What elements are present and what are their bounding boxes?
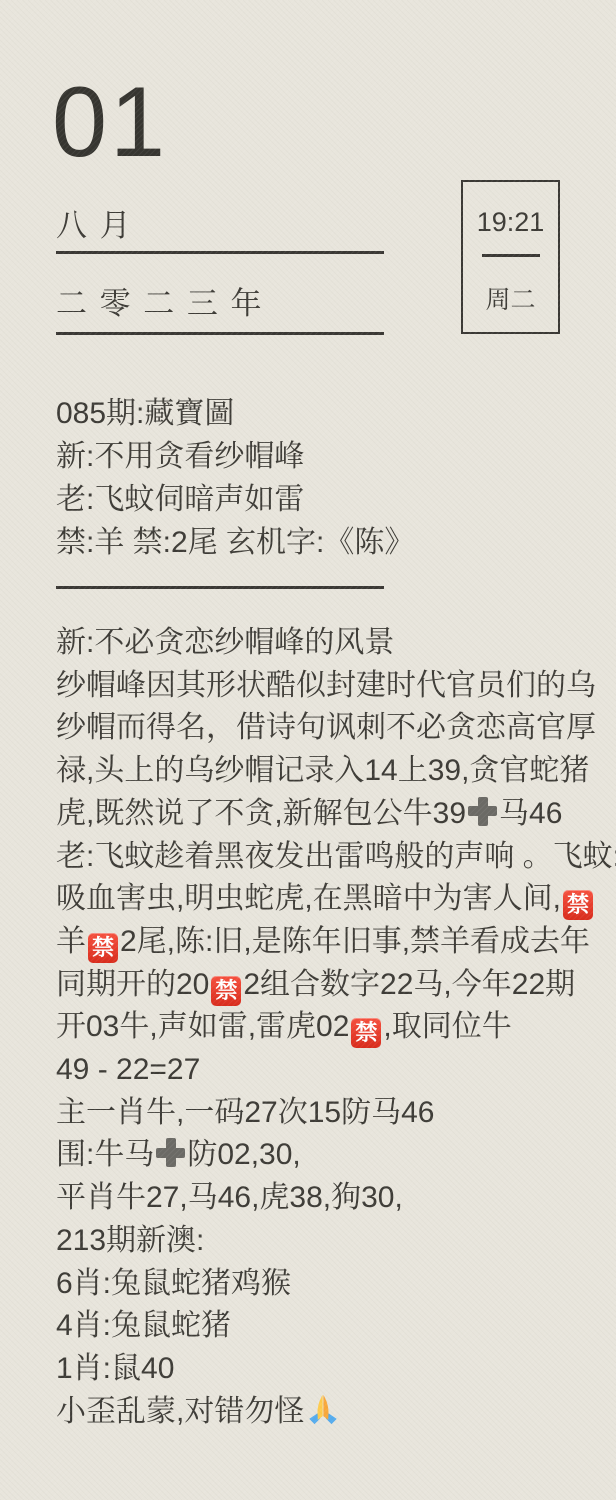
jin-prohibited-icon: 禁 [351,1018,381,1048]
divider [56,332,384,335]
text-line: 纱帽而得名，借诗句讽刺不必贪恋高官厚 [56,707,612,750]
tip-header: 085期:藏寶圖新:不用贪看纱帽峰老:飞蚊伺暗声如雷禁:羊 禁:2尾 玄机字:《… [56,392,608,564]
text-line: 老:飞蚊趁着黑夜发出雷鸣般的声响 。飞蚊: [56,836,612,879]
text-line: 围:牛马防02,30, [56,1134,612,1177]
text-line: 新:不必贪恋纱帽峰的风景 [56,622,612,665]
text-line: 小歪乱蒙,对错勿怪 [56,1391,612,1434]
jin-prohibited-icon: 禁 [563,890,593,920]
calendar-year: 二 零 二 三 年 [56,278,263,323]
jin-prohibited-icon: 禁 [211,976,241,1006]
text-line: 吸血害虫,明虫蛇虎,在黑暗中为害人间,禁 [56,878,612,921]
text-line: 羊禁2尾,陈:旧,是陈年旧事,禁羊看成去年 [56,921,612,964]
plus-icon [156,1138,185,1167]
text-line: 4肖:兔鼠蛇猪 [56,1305,612,1348]
weekday-value: 周二 [463,280,558,316]
time-value: 19:21 [463,207,558,238]
text-line: 老:飞蚊伺暗声如雷 [56,478,608,521]
text-line: 1肖:鼠40 [56,1348,612,1391]
plus-icon [468,797,497,826]
text-line: 213期新澳: [56,1220,612,1263]
divider [482,254,540,257]
time-box: 19:21 周二 [461,180,560,334]
text-line: 新:不用贪看纱帽峰 [56,435,608,478]
text-line: 禄,头上的乌纱帽记录入14上39,贪官蛇猪 [56,750,612,793]
text-line: 同期开的20禁2组合数字22马,今年22期 [56,964,612,1007]
text-line: 纱帽峰因其形状酷似封建时代官员们的乌 [56,665,612,708]
text-line: 085期:藏寶圖 [56,392,608,435]
text-line: 49 - 22=27 [56,1049,612,1092]
calendar-month: 八 月 [56,200,133,245]
text-line: 禁:羊 禁:2尾 玄机字:《陈》 [56,521,608,564]
text-line: 平肖牛27,马46,虎38,狗30, [56,1177,612,1220]
jin-prohibited-icon: 禁 [88,933,118,963]
calendar-day-number: 01 [52,72,168,171]
folded-hands-icon [306,1392,340,1426]
tip-body: 新:不必贪恋纱帽峰的风景纱帽峰因其形状酷似封建时代官员们的乌纱帽而得名，借诗句讽… [56,622,612,1433]
text-line: 开03牛,声如雷,雷虎02禁,取同位牛 [56,1006,612,1049]
divider [56,586,384,589]
text-line: 虎,既然说了不贪,新解包公牛39马46 [56,793,612,836]
divider [56,251,384,254]
text-line: 6肖:兔鼠蛇猪鸡猴 [56,1263,612,1306]
calendar-page: 01 八 月 二 零 二 三 年 19:21 周二 085期:藏寶圖新:不用贪看… [0,0,616,1500]
text-line: 主一肖牛,一码27次15防马46 [56,1092,612,1135]
